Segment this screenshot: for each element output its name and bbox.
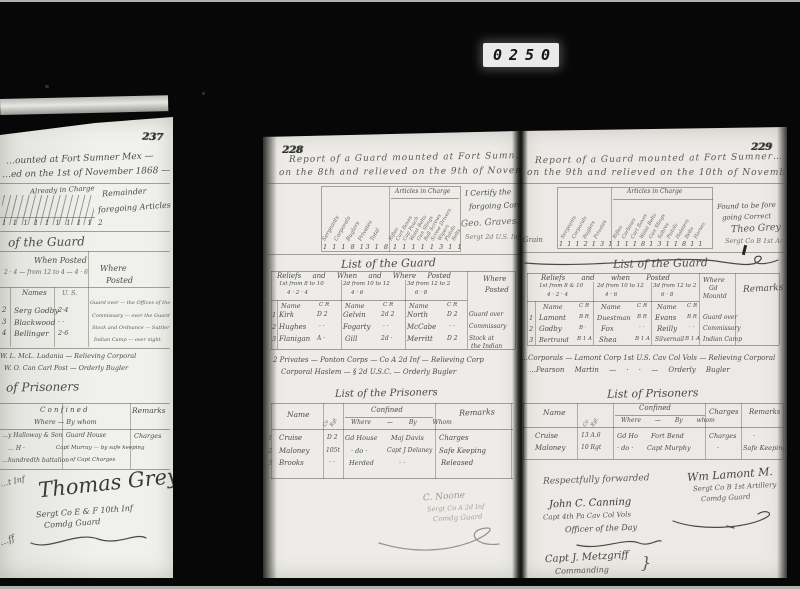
guard-name: Lamont	[539, 315, 566, 322]
name-header: Name	[657, 304, 677, 311]
table-rule	[345, 417, 433, 418]
prisoner-detail: of Capt Charges	[70, 458, 115, 464]
row-number: 1	[529, 315, 533, 322]
report-header-line: …ed on the 1st of November 1868 —	[2, 167, 170, 180]
row-number: 3	[2, 319, 6, 326]
when-posted-header: When Posted	[34, 257, 87, 265]
confined-header: Confined	[639, 405, 671, 412]
prisoner-name: Brooks	[279, 460, 304, 467]
row-number: 4	[2, 330, 6, 337]
prisoner-name: Maloney	[535, 445, 565, 452]
co-regt: · ·	[449, 324, 455, 330]
prisoner-detail: Capt Murray — by safe keeping	[56, 446, 144, 452]
page-229: 229 Report of a Guard mounted at Fort Su…	[521, 127, 787, 578]
certify-signature: Geo. Graves.	[461, 217, 520, 229]
guard-list-title: of the Guard	[8, 235, 85, 248]
co-regt-header: C R	[687, 304, 697, 310]
guard-name: Gelvin	[343, 312, 366, 319]
row-number: 2	[2, 307, 6, 314]
table-rule	[613, 199, 713, 200]
co-regt: B R	[579, 315, 589, 321]
confined-where: · do ·	[351, 448, 367, 455]
name-header: Name	[287, 411, 310, 419]
where-posted-header: Gd	[709, 286, 718, 292]
relief-subheader: 1st from 8 to 10	[279, 282, 324, 288]
guard-name: Evans	[655, 315, 676, 322]
relief-subheader: 6 · 8	[661, 293, 673, 299]
signature-rank: Sergt Co A 2d Inf	[427, 504, 485, 513]
relief-subheader: 2d from 10 to 12	[343, 282, 390, 288]
relief-subheader: 1st from 8 & 10	[539, 284, 583, 290]
frame-counter: 0250	[483, 43, 559, 67]
table-rule	[263, 183, 521, 184]
table-rule	[521, 183, 787, 184]
co-regt: B R	[637, 315, 647, 321]
table-vrule	[405, 280, 406, 349]
guard-remark: Stock and Ordnance — Suttler	[92, 326, 170, 331]
table-rule	[0, 217, 95, 218]
orderly-bugler-line: Corporal Haslem — § 2d U.S.C. — Orderly …	[281, 369, 456, 376]
left-page-fragment: 237 …ounted at Fort Sumner Mex — …ed on …	[0, 117, 173, 578]
name-header: Name	[543, 304, 563, 311]
frame-counter-value: 0250	[493, 46, 557, 64]
prisoner-name: … H ·	[8, 446, 25, 452]
table-rule	[0, 403, 170, 404]
prisoner-name: …y Halloway & Son	[2, 433, 62, 439]
signature-name: Capt J. Metzgriff	[545, 551, 629, 565]
film-speck	[202, 92, 205, 95]
brace-mark: }	[641, 555, 651, 571]
co-regt: B 1 A	[685, 337, 700, 343]
row-number: 3	[529, 337, 533, 344]
co-regt-header: C R	[579, 304, 589, 310]
signature-name: John C. Canning	[549, 498, 632, 511]
co-regt: D 2	[317, 312, 328, 318]
table-rule	[391, 198, 459, 199]
guard-name: Serg Godby	[14, 307, 59, 315]
where-posted-header: Posted	[106, 277, 133, 285]
table-vrule	[341, 280, 342, 349]
signature-flourish	[28, 529, 152, 551]
co-regt-header: C R	[319, 303, 329, 309]
page-number: 237	[142, 133, 163, 144]
guard-name: Bellinger	[14, 330, 49, 338]
guard-remark: Commissary	[469, 324, 507, 330]
relief-subheader: 3d from 12 to 2	[653, 284, 696, 290]
guard-remark: Guard over	[703, 315, 737, 321]
row-number: 3	[272, 336, 276, 343]
confined-bywhom: Capt J Delaney	[387, 448, 432, 454]
signature-name: Thomas Grey	[37, 466, 180, 502]
prisoner-name: Cruise	[279, 435, 302, 442]
prisoner-name: Maloney	[279, 448, 309, 455]
co-regt: · ·	[319, 324, 325, 330]
margin-scrap: …ff	[0, 535, 16, 549]
page-edge-sliver	[0, 95, 168, 115]
relieving-corporal-line: W. L. McL. Ludania — Relieving Corporal	[0, 353, 136, 360]
confined-where: Herded	[349, 460, 374, 467]
prisoners-list-title: of Prisoners	[6, 380, 79, 393]
signature-role: Comdg Guard	[433, 514, 483, 524]
guard-name: McCabe	[407, 324, 436, 331]
where-posted-header: Where	[100, 265, 127, 273]
confined-where: · do ·	[617, 445, 633, 452]
guard-name: Gill	[345, 336, 357, 343]
certify-line: I Certify the	[465, 188, 511, 197]
film-edge-top	[0, 0, 800, 2]
book-spine	[512, 129, 528, 578]
signature-rank: Sergt Co B 1st Artillery	[693, 482, 777, 493]
table-vrule	[54, 287, 55, 347]
co-regt: B ·	[579, 326, 587, 332]
co-regt: B 1 A	[577, 337, 592, 343]
co-regt: 2·6	[58, 330, 68, 337]
table-rule	[0, 287, 170, 288]
table-vrule	[435, 403, 436, 479]
microfilm-frame: 0250 237 …ounted at Fort Sumner Mex — …e…	[0, 0, 800, 589]
co-regt: · ·	[58, 319, 64, 326]
reliefs-header: Reliefs and When and Where Posted	[277, 273, 451, 280]
articles-in-charge-header: Articles in Charge	[395, 189, 450, 195]
relieving-corporal-line: …Corporals — Lamont Corp 1st U.S. Cav Co…	[521, 355, 775, 362]
co-regt: 13 A.6	[581, 433, 601, 439]
prisoners-list-title: List of Prisoners	[607, 387, 699, 400]
confined-subheader: Where — By whom	[621, 418, 715, 424]
table-rule	[527, 301, 699, 302]
table-vrule	[741, 403, 742, 459]
relief-subheader: 4 · 6	[351, 291, 363, 297]
guard-remark: Indian Camp	[703, 337, 742, 343]
confined-header: Confined	[371, 407, 403, 414]
co-regt: B 1 A	[635, 337, 650, 343]
relief-subheader: 4 · 2 · 4	[547, 293, 568, 299]
row-number: 2	[272, 324, 276, 331]
name-header: Name	[543, 409, 566, 417]
certify-line: going Correct	[722, 213, 772, 222]
co-regt: B R	[687, 315, 697, 321]
table-rule	[271, 429, 513, 430]
relief-subheader: 4 · 6	[605, 293, 617, 299]
confined-bywhom: Maj Davis	[391, 435, 424, 442]
confined-bywhom: · ·	[399, 460, 405, 467]
report-header-line: on the 9th and relieved on the 10th of N…	[527, 169, 800, 178]
relief-subheader: 2d from 10 to 12	[597, 284, 644, 290]
prisoner-remark: Safe Keeping	[743, 445, 787, 452]
co-regt-header: C R	[447, 303, 457, 309]
confined-subheader: Where — By Whom	[351, 420, 452, 426]
us-mark: U. S.	[62, 290, 77, 297]
guard-remark: Commissary — over the Guard	[92, 314, 170, 319]
table-rule	[271, 349, 515, 350]
prisoner-charges: Charges	[709, 433, 737, 440]
guard-name: Merritt	[407, 336, 433, 343]
prisoner-remark: Charges	[439, 435, 469, 442]
reliefs-header: Reliefs and when Posted	[541, 275, 670, 282]
page-228: 228 Report of a Guard mounted at Fort Su…	[263, 131, 521, 578]
relief-subheader: 6 · 8	[415, 291, 427, 297]
prisoner-remark: Safe Keeping	[439, 448, 486, 455]
where-posted-header: Where	[483, 276, 506, 283]
guard-list-title: List of the Guard	[613, 257, 708, 270]
prisoner-detail: Guard House	[66, 433, 106, 439]
co-regt: 2·4	[58, 307, 68, 314]
table-vrule	[323, 403, 324, 479]
name-header: Name	[345, 303, 365, 310]
signature-name: Wm Lamont M.	[687, 466, 773, 483]
table-rule	[271, 478, 513, 479]
signature-flourish	[375, 523, 509, 559]
table-vrule	[62, 403, 63, 469]
guard-name: Fogarty	[343, 324, 370, 331]
row-number: 1	[272, 312, 276, 319]
guard-name: Fox	[601, 326, 614, 333]
articles-count-row: 1 1 1 8 13 1 8 1 1 1 1 1 3 1 1	[323, 244, 463, 251]
guard-list-title: List of the Guard	[341, 257, 436, 270]
prisoner-remark: Charges	[134, 433, 162, 440]
articles-in-charge-header: Articles in Charge	[627, 189, 682, 195]
name-header: Name	[409, 303, 429, 310]
table-vrule	[467, 271, 468, 349]
prisoner-charges: ·	[717, 445, 719, 452]
guard-name: Silvernail	[655, 337, 684, 343]
report-header-line: Report of a Guard mounted at Fort Sumner…	[535, 153, 783, 166]
co-regt: · ·	[383, 324, 389, 330]
guard-name: Duestman	[597, 315, 630, 322]
remarks-header: Remarks	[749, 409, 780, 416]
name-header: Name	[281, 303, 301, 310]
table-vrule	[705, 403, 706, 459]
table-rule	[615, 415, 705, 416]
forwarded-line: Respectfully forwarded	[543, 474, 650, 487]
confined-header: C o n f i n e d	[40, 407, 88, 414]
co-regt: 105t	[326, 448, 340, 454]
co-regt: 2d 2	[381, 312, 394, 318]
table-rule	[523, 427, 783, 428]
certify-rank: Sergt Co B 1st Art	[725, 238, 786, 245]
regt-column-label: Rgt	[330, 418, 339, 428]
table-vrule	[343, 403, 344, 479]
table-vrule	[130, 403, 131, 469]
co-regt: · ·	[639, 326, 644, 332]
certify-line: Found to be fore	[717, 202, 776, 211]
where-posted-header: Where	[703, 277, 725, 284]
co-regt: A ·	[317, 336, 325, 342]
guard-name: Bertrand	[539, 337, 569, 344]
margin-scrap: …t Inf	[0, 475, 26, 488]
co-regt: D 2	[447, 312, 458, 318]
report-header-line: Report of a Guard mounted at Fort Sumn…	[289, 152, 525, 165]
prisoner-remark: ·	[753, 433, 755, 440]
relief-subheader: 3d from 12 to 2	[407, 282, 450, 288]
guard-name: Shea	[599, 337, 617, 344]
table-vrule	[271, 271, 272, 349]
table-rule	[523, 459, 783, 460]
guard-name: Hughes	[279, 324, 306, 331]
relief-subheader: 4 · 2 · 4	[287, 291, 308, 297]
table-vrule	[699, 273, 700, 345]
orderly-bugler-line: W. O. Can Carl Post — Orderly Bugler	[4, 365, 128, 372]
signature-rank: Capt 4th Pa Cav Col Vols	[543, 511, 631, 521]
guard-name: North	[407, 312, 428, 319]
confined-bywhom: Fort Bend	[651, 433, 684, 440]
guard-name: Flanigan	[279, 336, 310, 343]
table-rule	[263, 254, 521, 255]
co-regt: D 2	[447, 336, 458, 342]
table-vrule	[783, 403, 784, 459]
table-vrule	[277, 300, 278, 349]
table-rule	[0, 429, 170, 430]
film-speck	[45, 85, 49, 88]
co-regt-header: C R	[637, 304, 647, 310]
page-gutter-shadow	[263, 131, 277, 578]
co-regt-header: C R	[383, 303, 393, 309]
confined-where: Gd Ho	[617, 433, 638, 440]
row-number: 2	[529, 326, 533, 333]
confined-bywhom: Capt Murphy	[647, 445, 691, 452]
remainder-note: foregoing Articles	[98, 201, 171, 214]
guard-name: Blackwood	[14, 319, 55, 327]
names-header: Names	[22, 290, 47, 297]
table-vrule	[535, 301, 536, 345]
table-rule	[271, 403, 513, 404]
co-regt: 10 Rgt	[581, 445, 601, 451]
table-rule	[0, 231, 170, 232]
table-vrule	[593, 282, 594, 345]
table-rule	[527, 345, 779, 346]
table-vrule	[735, 273, 736, 345]
table-vrule	[88, 251, 89, 347]
guard-remark: Guard over — the Offices of the	[90, 301, 170, 306]
prisoners-list-title: List of the Prisoners	[335, 388, 438, 400]
relieving-corporal-line: 2 Privates — Ponton Corps — Co A 2d Inf …	[273, 357, 484, 364]
orderly-bugler-line: …Pearson Martin — · · — Orderly Bugler	[529, 367, 730, 374]
signature-name: C. Noone	[423, 492, 466, 504]
relief-times: 2 · 4 — from 12 to 4 — 4 · 6	[4, 270, 88, 276]
articles-count-row: 1 1 1 2 1 3 1 1 1 1 8 1 3 1 1 8 1 1	[559, 241, 704, 248]
signature-flourish	[669, 505, 781, 531]
where-posted-header: Posted	[485, 287, 509, 294]
guard-remark: Stock at	[469, 336, 494, 342]
guard-name: Kirk	[279, 312, 294, 319]
table-rule	[271, 300, 467, 301]
where-posted-header: Mountd	[703, 294, 727, 300]
remainder-note: Remainder	[102, 187, 147, 198]
confined-subheader: Where — By whom	[34, 419, 97, 426]
remarks-header: Remarks	[132, 407, 166, 415]
report-header-line: …ounted at Fort Sumner Mex —	[6, 152, 154, 166]
guard-remark: Indian Camp — over night	[94, 338, 161, 343]
guard-name: Godby	[539, 326, 562, 333]
co-regt: · ·	[689, 326, 694, 332]
table-rule	[0, 348, 170, 349]
guard-remark: Guard over	[469, 312, 503, 318]
table-vrule	[779, 273, 780, 345]
charges-header: Charges	[709, 409, 739, 416]
articles-count-row: 1 1 1 1 1 1 1 1 1 2	[2, 220, 105, 227]
signature-role: Comdg Guard	[701, 494, 751, 504]
co-regt: 2d ·	[381, 336, 392, 342]
prisoner-name: …hundredth battalion	[2, 458, 69, 464]
prisoner-remark: Released	[441, 460, 473, 467]
prisoner-name: Cruise	[535, 433, 558, 440]
confined-where: Gd House	[345, 435, 377, 442]
table-rule	[0, 251, 170, 252]
name-header: Name	[601, 304, 621, 311]
table-vrule	[10, 287, 11, 347]
table-vrule	[577, 403, 578, 459]
co-regt: · ·	[329, 460, 335, 466]
remarks-header: Remarks	[459, 408, 495, 417]
table-vrule	[613, 403, 614, 459]
table-vrule	[271, 403, 272, 479]
co-regt: D 2	[327, 435, 338, 441]
report-header-line: on the 8th and relieved on the 9th of No…	[279, 167, 535, 178]
table-vrule	[651, 282, 652, 345]
guard-name: Reilly	[657, 326, 677, 333]
certify-signature: Theo Grey	[731, 223, 781, 235]
